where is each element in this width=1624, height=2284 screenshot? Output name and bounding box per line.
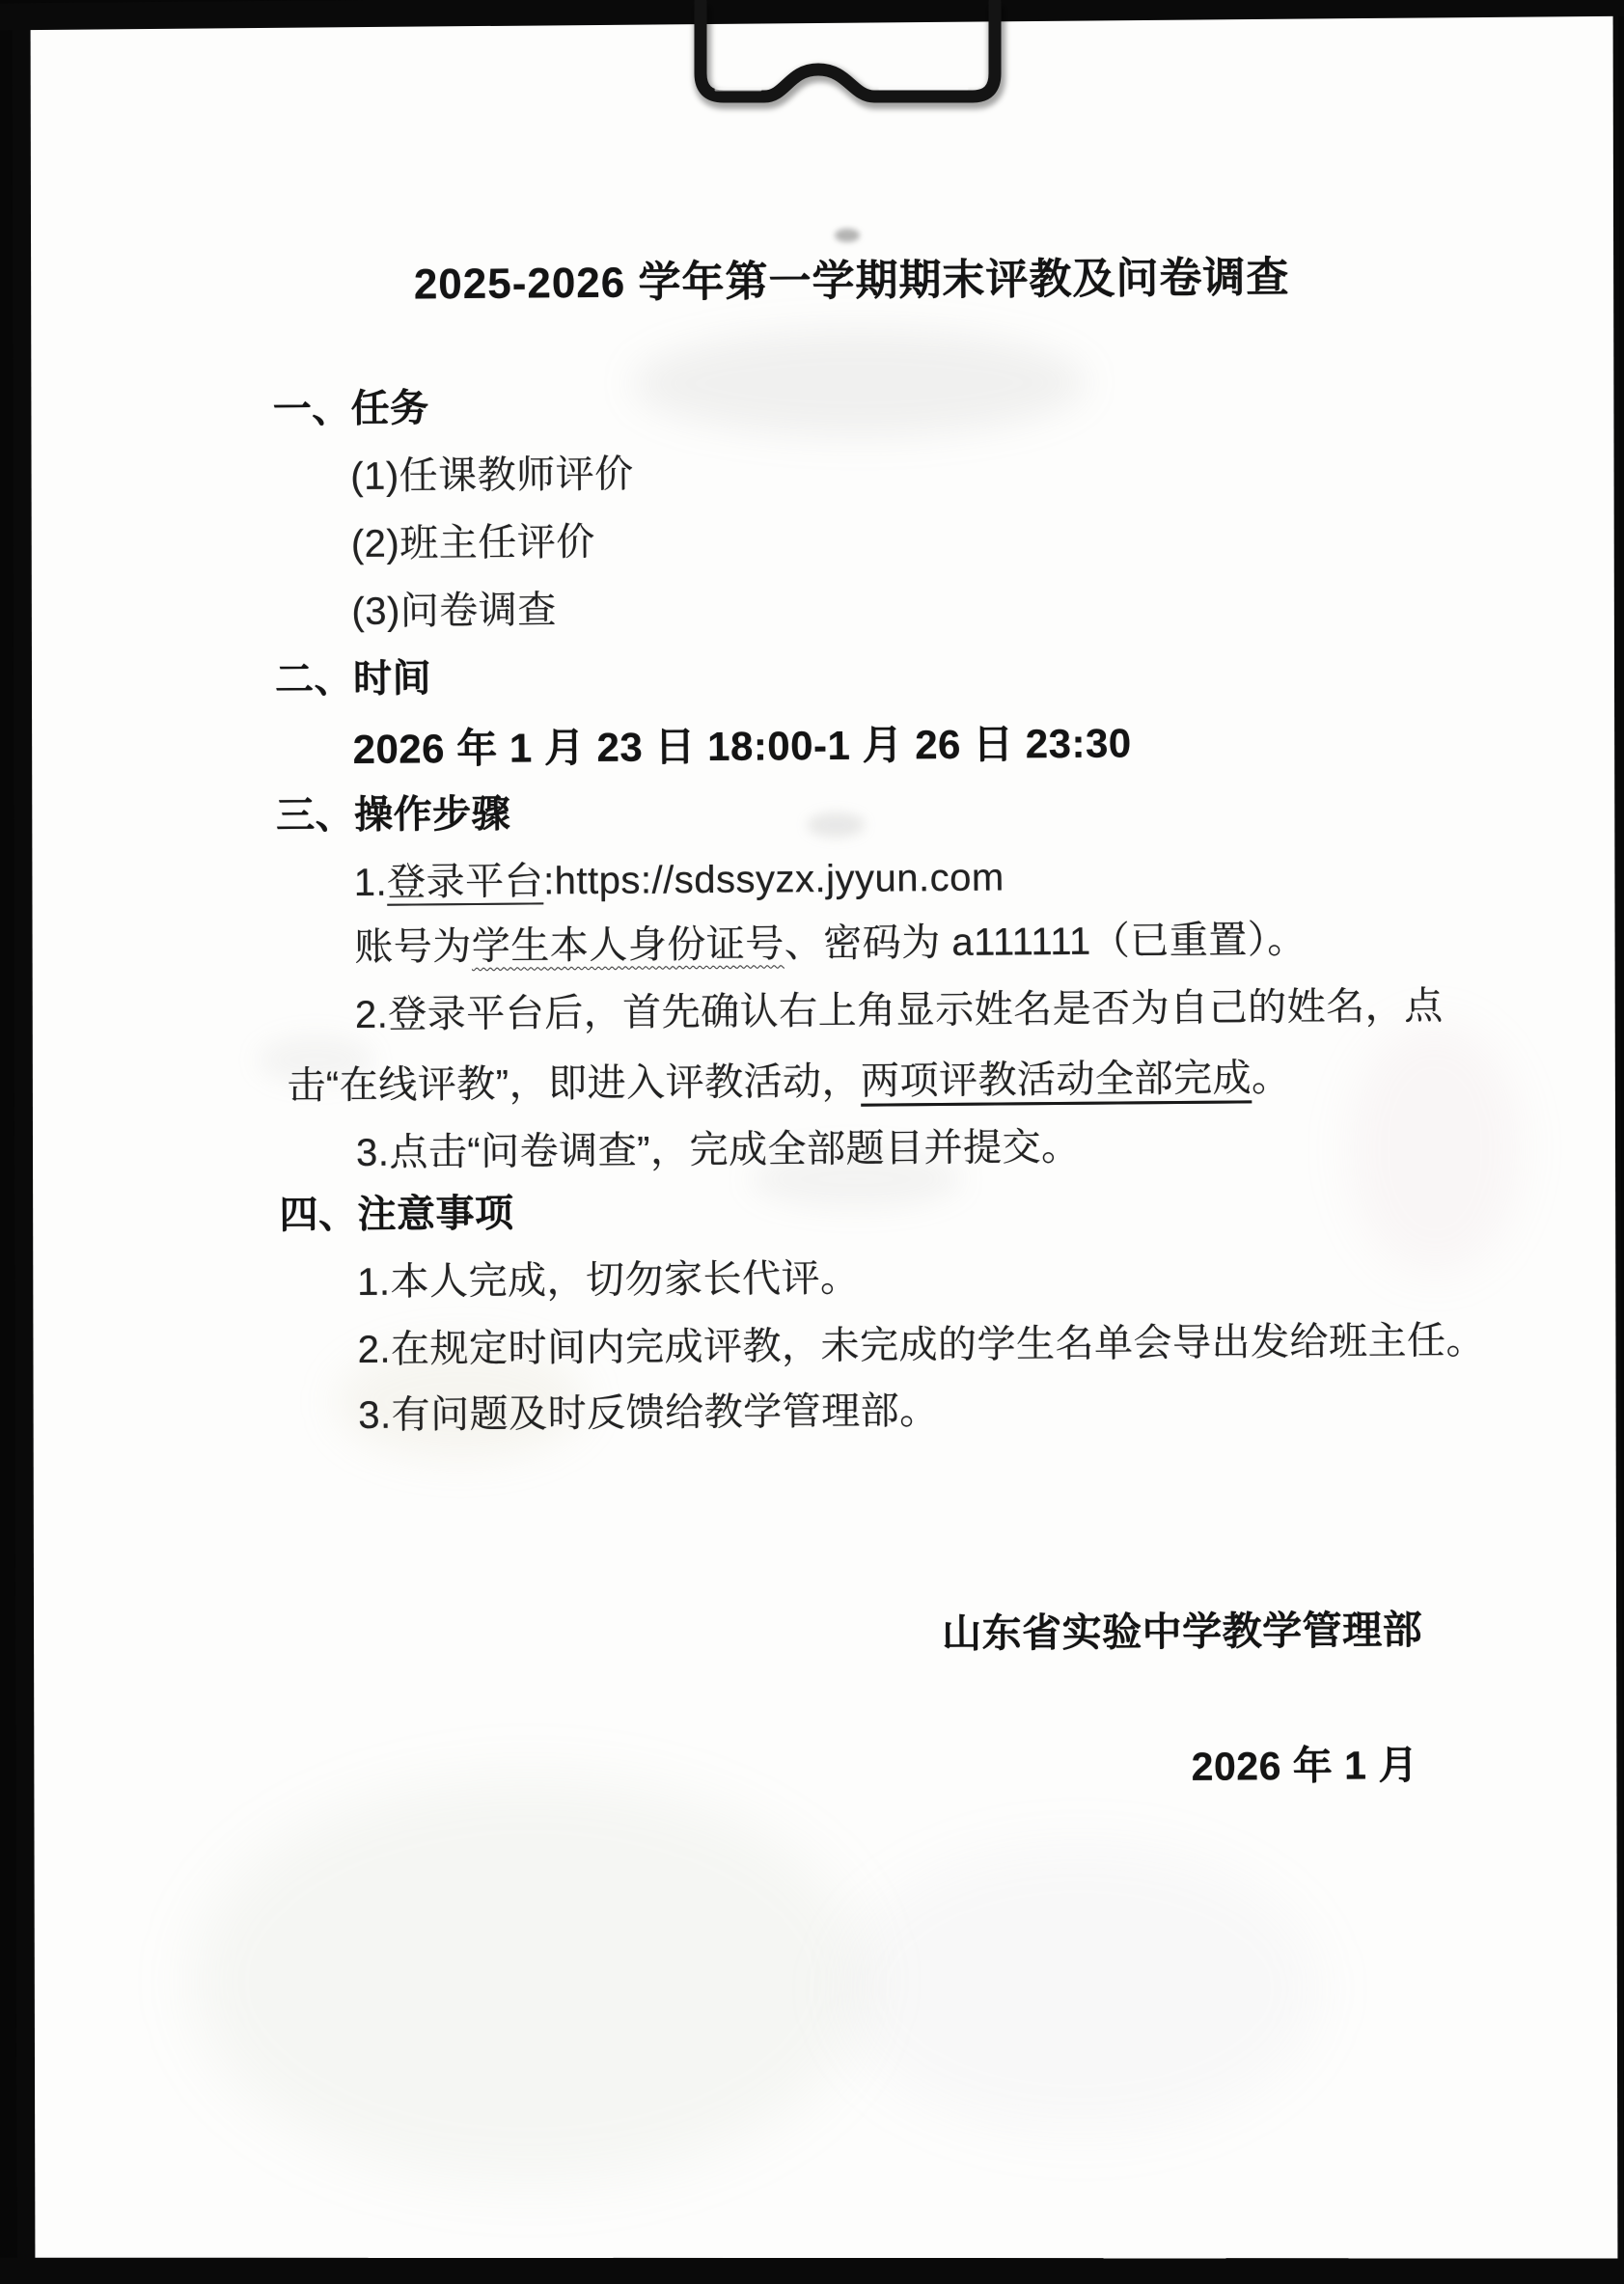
account-id-wavy-underlined: 学生本人身份证号	[472, 922, 784, 968]
step-line-1: 1.登录平台:https://sdssyzx.jyyun.com	[354, 854, 1005, 906]
account-rest: 、密码为 a111111（已重置）。	[784, 919, 1307, 965]
account-prefix: 账号为	[354, 925, 472, 969]
step2-emphasis-underlined: 两项评教活动全部完成	[861, 1057, 1252, 1102]
task-item: (1)任课教师评价	[350, 452, 634, 500]
account-line: 账号为学生本人身份证号、密码为 a111111（已重置）。	[354, 917, 1307, 971]
note-line: 3.有问题及时反馈给教学管理部。	[358, 1388, 939, 1439]
step1-url: :https://sdssyzx.jyyun.com	[543, 856, 1005, 902]
step-line-2b: 击“在线评教”，即进入评教活动，两项评教活动全部完成。	[287, 1055, 1290, 1110]
photo-border-bottom	[0, 2258, 1624, 2284]
step-line-3: 3.点击“问卷调查”，完成全部题目并提交。	[356, 1124, 1081, 1176]
step-line-2a: 2.登录平台后，首先确认右上角显示姓名是否为自己的姓名，点	[355, 983, 1444, 1038]
signature-date: 2026 年 1 月	[1131, 1741, 1478, 1790]
section-heading-notes: 四、注意事项	[279, 1191, 513, 1239]
time-value: 2026 年 1 月 23 日 18:00-1 月 26 日 23:30	[352, 720, 1131, 773]
note-line: 2.在规定时间内完成评教，未完成的学生名单会导出发给班主任。	[358, 1317, 1486, 1373]
notice-body: 2025-2026 学年第一学期期末评教及问卷调查 一、任务 (1)任课教师评价…	[7, 5, 1624, 2277]
task-item: (3)问卷调查	[351, 587, 557, 635]
step2-period: 。	[1252, 1057, 1291, 1099]
section-heading-time: 二、时间	[275, 655, 431, 702]
task-item: (2)班主任评价	[351, 519, 595, 567]
step2-continuation: 击“在线评教”，即进入评教活动，	[287, 1060, 861, 1108]
step1-platform-underlined: 登录平台	[387, 860, 543, 903]
section-heading-tasks: 一、任务	[273, 385, 429, 432]
signature: 山东省实验中学教学管理部	[289, 1607, 1422, 1663]
step1-prefix: 1.	[354, 862, 388, 904]
clipboard-clip-icon	[0, 0, 1624, 174]
note-line: 1.本人完成，切勿家长代评。	[357, 1255, 860, 1306]
page-title: 2025-2026 学年第一学期期末评教及问卷调查	[277, 254, 1425, 310]
scanned-notice-photo: 2025-2026 学年第一学期期末评教及问卷调查 一、任务 (1)任课教师评价…	[0, 0, 1624, 2284]
section-heading-steps: 三、操作步骤	[276, 791, 510, 839]
paper: 2025-2026 学年第一学期期末评教及问卷调查 一、任务 (1)任课教师评价…	[14, 10, 1622, 2271]
